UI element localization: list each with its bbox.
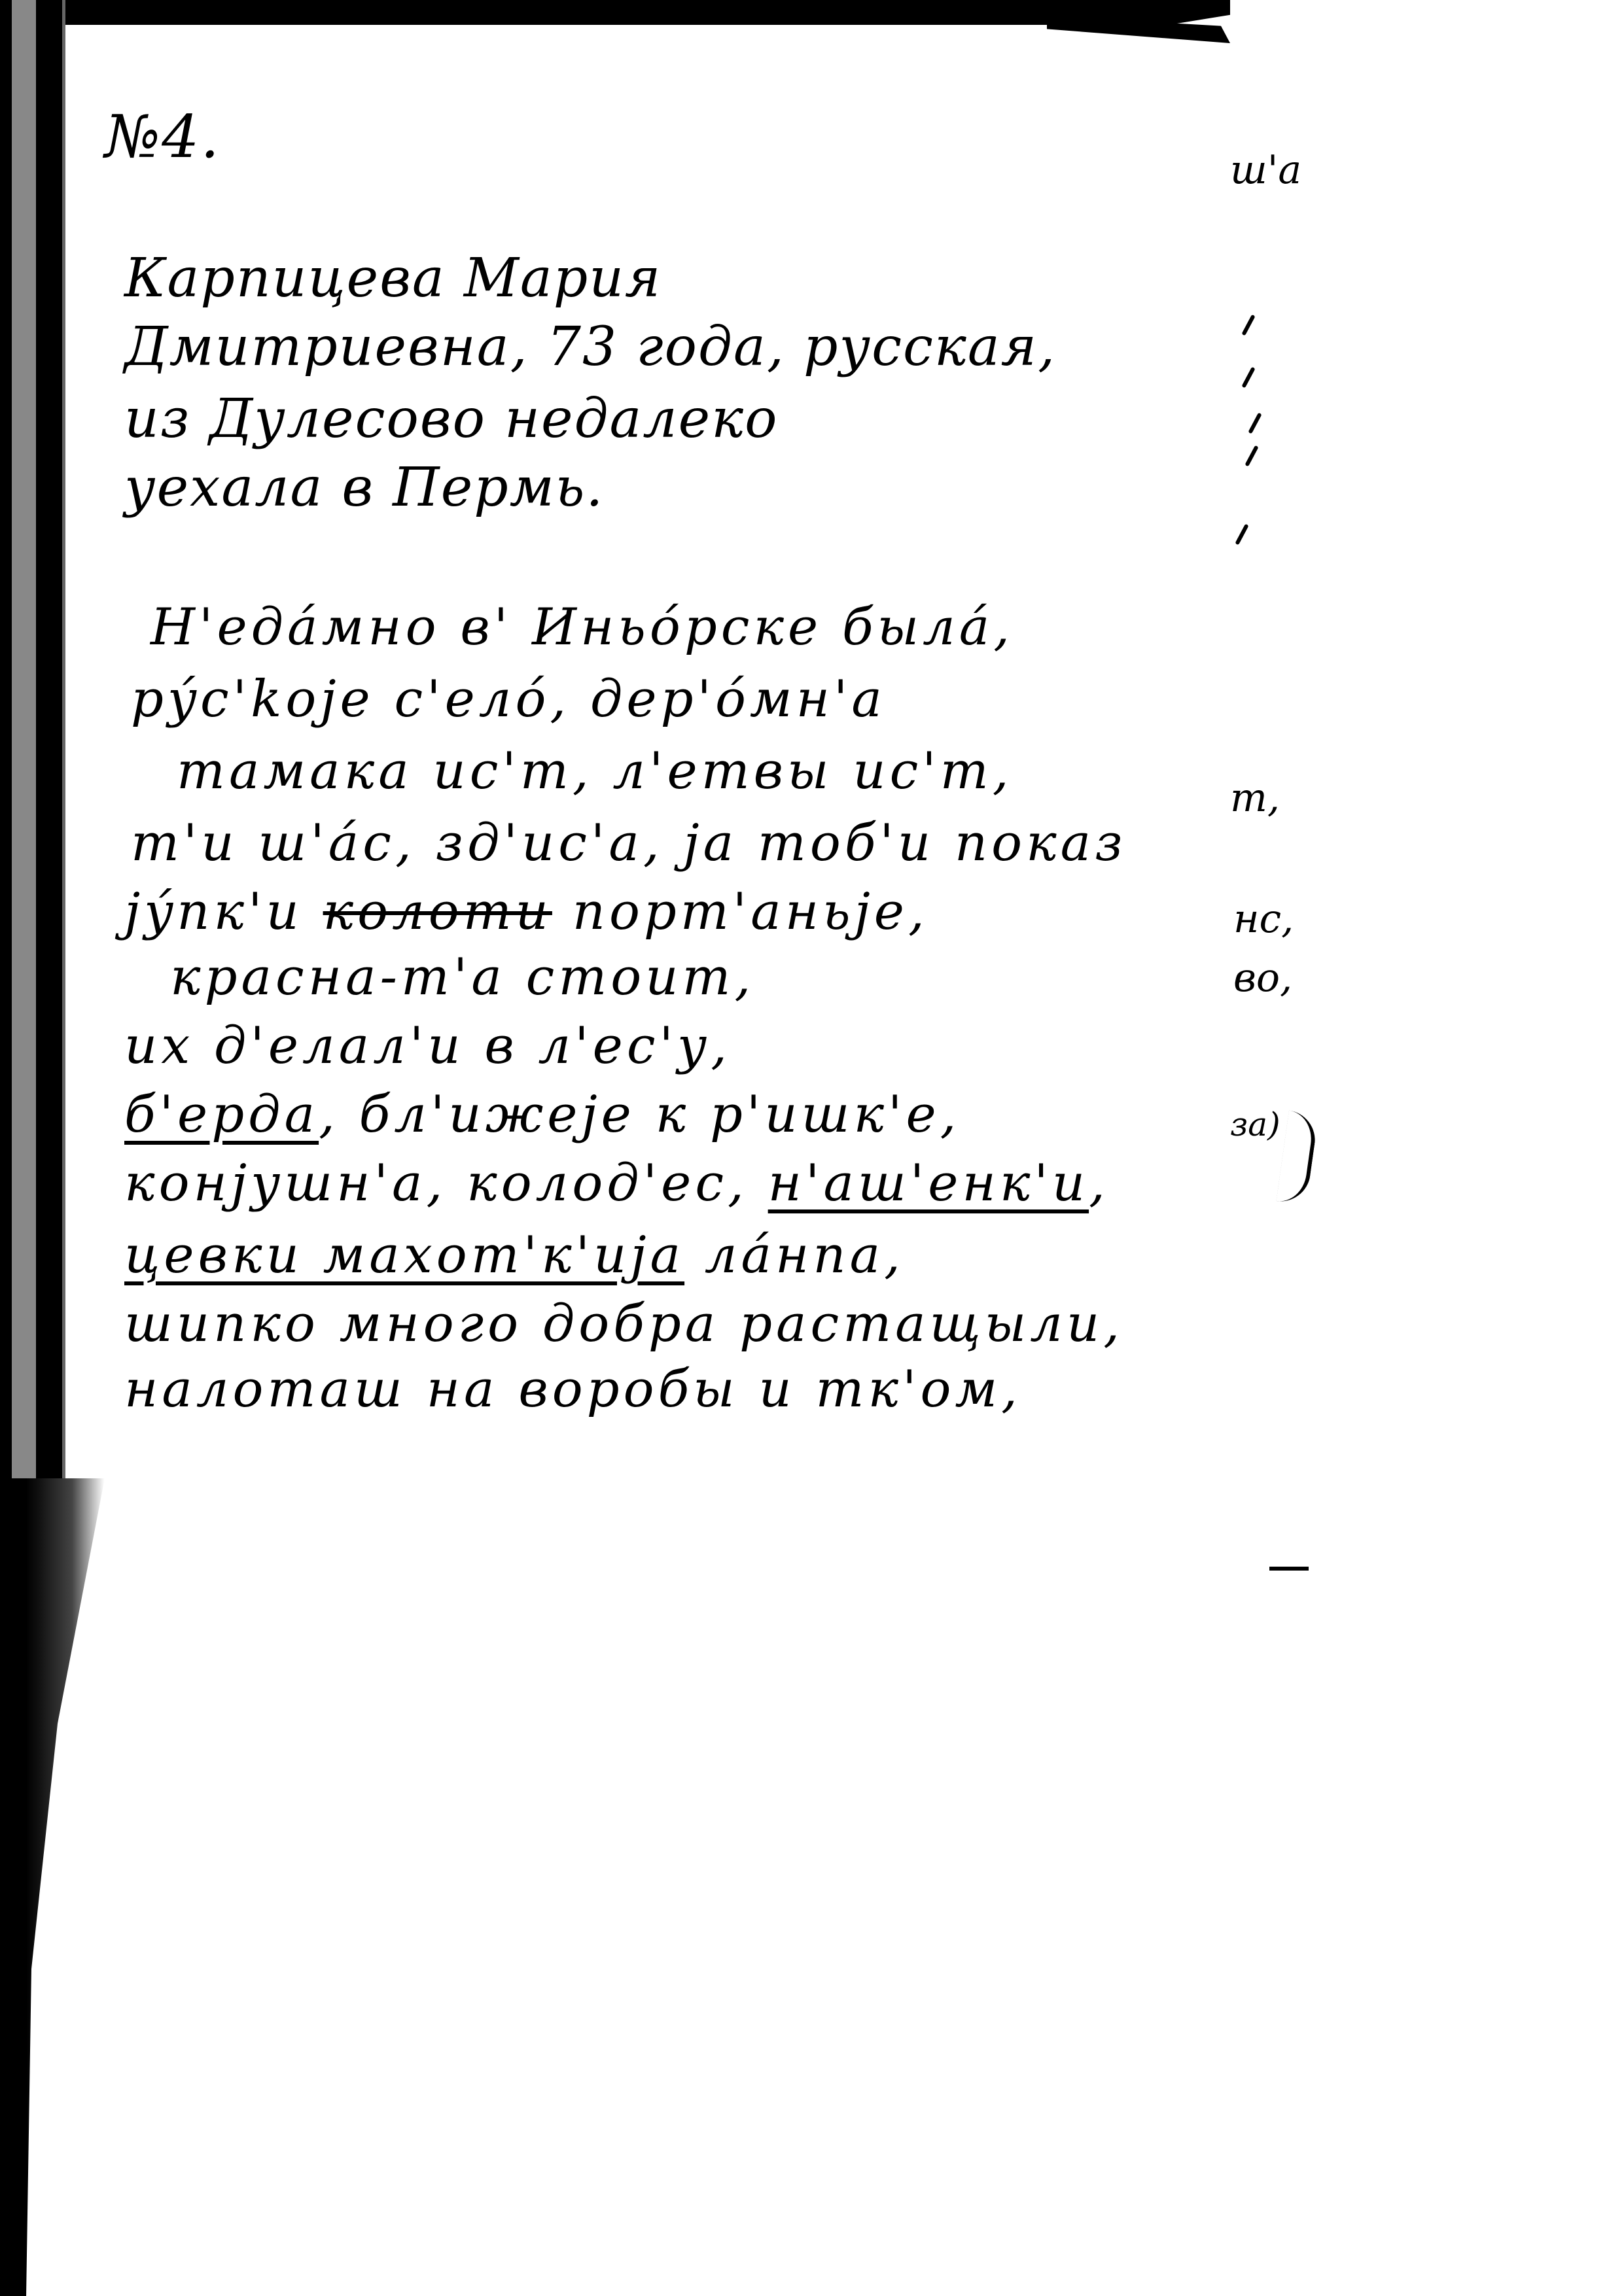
margin-bracket [1276,1110,1318,1205]
transcript-line: б'ерда, бл'ижеje к р'ишк'е, [124,1089,960,1140]
underlined-word: н'аш'енк'и [768,1154,1089,1213]
underlined-phrase: цевки махот'к'иjа [124,1226,684,1285]
margin-note: нс, [1233,896,1294,942]
informant-name-line: Карпицева Мария [124,252,662,305]
informant-details-line: Дмитриевна, 73 года, русская, [124,321,1056,374]
transcript-line: т'и ш'áс, зд'ис'а, ja тоб'и показ [131,818,1127,869]
transcript-line: налоташ на воробы и тк'ом, [124,1364,1021,1415]
transcript-line: цевки махот'к'иjа лáнпа, [124,1230,904,1281]
transcript-fragment: порт'аньje, [552,882,928,941]
transcript-fragment: , [1089,1154,1109,1213]
binding-shadow-top [0,0,1230,25]
scanned-page: №4. Карпицева Мария Дмитриевна, 73 года,… [0,0,1607,2296]
margin-note: ш'а [1230,147,1301,193]
margin-tick-mark [1241,315,1255,336]
struck-out-word: колоти [323,882,552,941]
transcript-line: Н'едáмно в' Иньóрске былá, [150,602,1014,653]
binding-shadow-left [0,0,65,1478]
transcript-line: красна-т'а стоит, [170,952,754,1003]
transcript-line: шипко много добра растащыли, [124,1298,1123,1349]
margin-note: за) [1230,1105,1280,1143]
margin-tick-mark [1245,445,1258,467]
document-number: №4. [105,108,221,167]
transcript-fragment: , бл'ижеje к р'ишк'е, [319,1085,960,1144]
margin-tick-mark [1248,413,1262,434]
transcript-fragment: лáнпа, [684,1226,904,1285]
margin-note: во, [1233,955,1292,1001]
transcript-line: их д'елал'и в л'ес'у, [124,1020,731,1071]
transcript-fragment: jýпк'и [124,882,323,941]
informant-origin-line: из Дулесово недалеко [124,392,779,446]
informant-move-line: уехала в Пермь. [124,461,604,515]
margin-note: т, [1230,775,1280,821]
transcript-line: рýс'koje с'елó, дер'óмн'а [131,674,886,725]
transcript-fragment: конjушн'а, колод'ес, [124,1154,768,1213]
transcript-line: тамака ис'т, л'етвы ис'т, [177,746,1013,797]
transcript-line: конjушн'а, колод'ес, н'аш'енк'и, [124,1158,1109,1209]
margin-tick-mark [1235,524,1248,546]
stray-dash-mark [1269,1567,1309,1571]
transcript-line: jýпк'и колоти порт'аньje, [124,886,928,937]
scan-shadow-bottom-left [0,1478,105,2296]
margin-tick-mark [1241,367,1255,389]
underlined-word: б'ерда [124,1085,319,1144]
